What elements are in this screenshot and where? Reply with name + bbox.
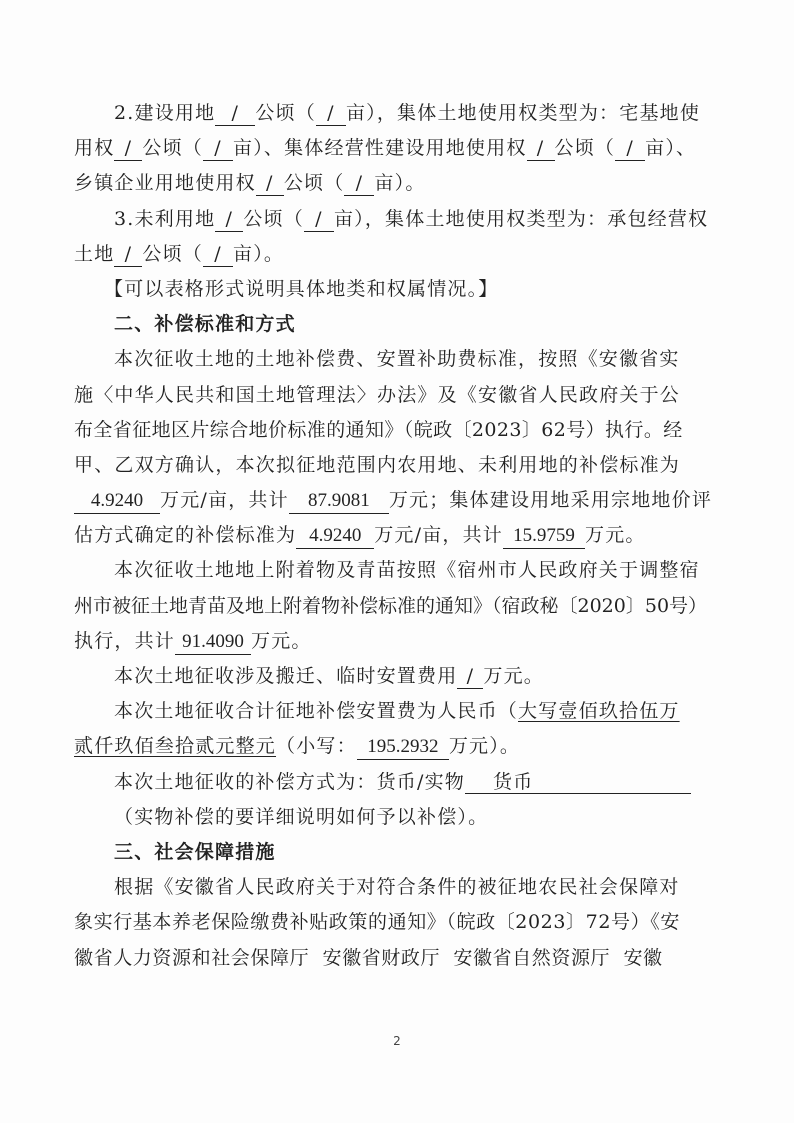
relocation-fee-value: / bbox=[457, 664, 483, 689]
contract-mu-field: / bbox=[203, 242, 233, 267]
township-hectares-field: / bbox=[256, 171, 284, 196]
s2-p3: 本次土地征收涉及搬迁、临时安置费用/万元。 bbox=[74, 659, 726, 694]
unit-text: 公顷（ bbox=[255, 102, 316, 124]
item3-line1: 3.未利用地/公顷（/亩），集体土地使用权类型为：承包经营权 bbox=[74, 202, 726, 237]
text: 本次土地征收的补偿方式为：货币/实物 bbox=[114, 771, 465, 793]
s2-p5-note: （实物补偿的要详细说明如何予以补偿）。 bbox=[74, 800, 726, 835]
item2-line3: 乡镇企业用地使用权/公顷（/亩）。 bbox=[74, 166, 726, 201]
construction-total-value: 15.9759 bbox=[503, 524, 585, 549]
total-amount-numeric: 195.2932 bbox=[357, 735, 449, 760]
s2-p1-line5: 4.9240万元/亩，共计87.9081万元；集体建设用地采用宗地地价评 bbox=[74, 483, 726, 518]
text: 亩）、 bbox=[645, 137, 696, 159]
text: 万元。 bbox=[585, 524, 646, 546]
s2-p1-line6: 估方式确定的补偿标准为4.9240万元/亩，共计15.9759万元。 bbox=[74, 518, 726, 553]
contract-hectares-field: / bbox=[114, 242, 142, 267]
township-mu-field: / bbox=[344, 171, 374, 196]
s3-p1-line3: 徽省人力资源和社会保障厅 安徽省财政厅 安徽省自然资源厅 安徽 bbox=[74, 941, 726, 976]
total-amount-capital-part2: 贰仟玖佰叁拾贰元整元 bbox=[74, 735, 276, 757]
item2-hectares-field: / bbox=[215, 101, 255, 126]
s2-p1-line4: 甲、乙双方确认，本次拟征地范围内农用地、未利用地的补偿标准为 bbox=[74, 448, 726, 483]
section-2-heading: 二、补偿标准和方式 bbox=[74, 307, 726, 342]
s3-p1-line2: 象实行基本养老保险缴费补贴政策的通知》（皖政〔2023〕72号）《安 bbox=[74, 905, 726, 940]
text: 亩）、集体经营性建设用地使用权 bbox=[233, 137, 527, 159]
text: （小写： bbox=[276, 735, 357, 757]
s2-p2-line2: 州市被征土地青苗及地上附着物补偿标准的通知》（宿政秘〔2020〕50号） bbox=[74, 589, 726, 624]
construction-standard-value: 4.9240 bbox=[296, 524, 374, 549]
text: 万元）。 bbox=[449, 735, 520, 757]
text: 万元/亩，共计 bbox=[160, 489, 289, 511]
text: 亩）。 bbox=[374, 172, 425, 194]
commercial-mu-field: / bbox=[615, 136, 645, 161]
item2-type-text: 亩），集体土地使用权类型为：宅基地使 bbox=[346, 102, 700, 124]
text: 亩），集体土地使用权类型为：承包经营权 bbox=[334, 208, 708, 230]
s2-p4-line2: 贰仟玖佰叁拾贰元整元（小写：195.2932万元）。 bbox=[74, 729, 726, 764]
commercial-hectares-field: / bbox=[527, 136, 555, 161]
s2-p2-line3: 执行，共计91.4090万元。 bbox=[74, 624, 726, 659]
text: 本次土地征收合计征地补偿安置费为人民币（ bbox=[114, 700, 518, 722]
item3-label: 3.未利用地 bbox=[114, 208, 215, 230]
text: 乡镇企业用地使用权 bbox=[74, 172, 256, 194]
item2-mu-field: / bbox=[316, 101, 346, 126]
document-body: 2.建设用地/公顷（/亩），集体土地使用权类型为：宅基地使 用权/公顷（/亩）、… bbox=[74, 96, 726, 976]
text: 执行，共计 bbox=[74, 630, 175, 652]
item3-line2: 土地/公顷（/亩）。 bbox=[74, 237, 726, 272]
text: 公顷（ bbox=[142, 137, 203, 159]
text: 公顷（ bbox=[142, 243, 203, 265]
section-3-heading: 三、社会保障措施 bbox=[74, 835, 726, 870]
text: 估方式确定的补偿标准为 bbox=[74, 524, 296, 546]
compensation-method-value: 货币 bbox=[465, 770, 691, 794]
item3-mu-field: / bbox=[304, 207, 334, 232]
text: 万元。 bbox=[251, 630, 312, 652]
item3-hectares-field: / bbox=[215, 207, 243, 232]
text: 万元。 bbox=[483, 665, 544, 687]
s2-p1-line1: 本次征收土地的土地补偿费、安置补助费标准，按照《安徽省实 bbox=[74, 342, 726, 377]
text: 公顷（ bbox=[243, 208, 304, 230]
s2-p2-line1: 本次征收土地地上附着物及青苗按照《宿州市人民政府关于调整宿 bbox=[74, 553, 726, 588]
text: 万元/亩，共计 bbox=[374, 524, 503, 546]
item2-line2: 用权/公顷（/亩）、集体经营性建设用地使用权/公顷（/亩）、 bbox=[74, 131, 726, 166]
text: 用权 bbox=[74, 137, 114, 159]
item2-label: 2.建设用地 bbox=[114, 102, 215, 124]
text: 亩）。 bbox=[233, 243, 284, 265]
table-note: 【可以表格形式说明具体地类和权属情况。】 bbox=[74, 272, 726, 307]
homestead-hectares-field: / bbox=[114, 136, 142, 161]
text: 土地 bbox=[74, 243, 114, 265]
attachments-total-value: 91.4090 bbox=[175, 630, 251, 655]
text: 本次土地征收涉及搬迁、临时安置费用 bbox=[114, 665, 457, 687]
farmland-standard-value: 4.9240 bbox=[74, 489, 160, 514]
homestead-mu-field: / bbox=[203, 136, 233, 161]
document-page: 2.建设用地/公顷（/亩），集体土地使用权类型为：宅基地使 用权/公顷（/亩）、… bbox=[0, 0, 794, 1123]
item2-line1: 2.建设用地/公顷（/亩），集体土地使用权类型为：宅基地使 bbox=[74, 96, 726, 131]
text: 公顷（ bbox=[284, 172, 345, 194]
page-number: 2 bbox=[0, 1034, 794, 1048]
total-amount-capital-part1: 大写壹佰玖拾伍万 bbox=[518, 700, 680, 722]
s2-p1-line2: 施〈中华人民共和国土地管理法〉办法》及《安徽省人民政府关于公 bbox=[74, 378, 726, 413]
s2-p4-line1: 本次土地征收合计征地补偿安置费为人民币（大写壹佰玖拾伍万 bbox=[74, 694, 726, 729]
s3-p1-line1: 根据《安徽省人民政府关于对符合条件的被征地农民社会保障对 bbox=[74, 870, 726, 905]
text: 万元；集体建设用地采用宗地地价评 bbox=[389, 489, 712, 511]
s2-p5-line1: 本次土地征收的补偿方式为：货币/实物货币 bbox=[74, 765, 726, 800]
farmland-total-value: 87.9081 bbox=[289, 489, 389, 514]
text: 公顷（ bbox=[555, 137, 616, 159]
s2-p1-line3: 布全省征地区片综合地价标准的通知》（皖政〔2023〕62号）执行。经 bbox=[74, 413, 726, 448]
